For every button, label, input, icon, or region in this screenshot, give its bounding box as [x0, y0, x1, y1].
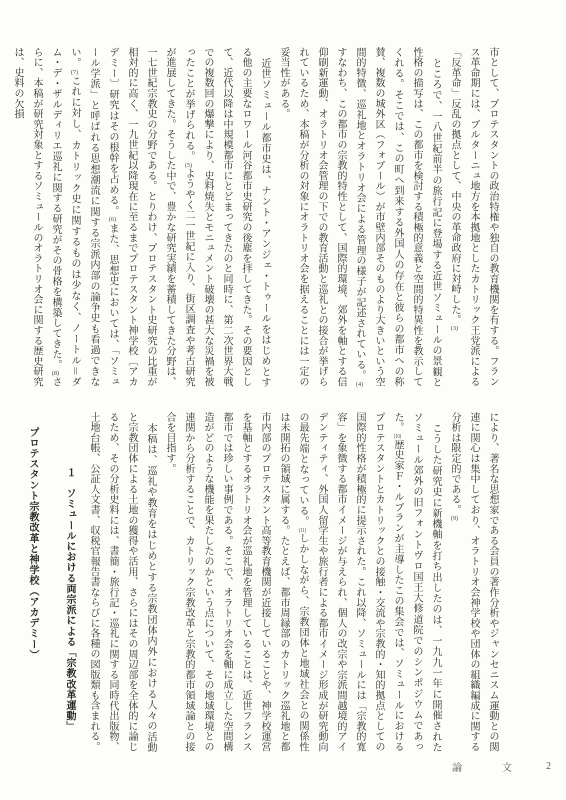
page-number: 2 [546, 761, 551, 772]
section-heading: １ ソミュールにおける両宗派による「宗教改革運動」 [60, 412, 79, 752]
document-page: 市として、プロテスタントの政治特権や独自の教育機関を有する。フランス革命期には、… [0, 0, 566, 800]
paragraph: 市として、プロテスタントの政治特権や独自の教育機関を有する。フランス革命期には、… [445, 47, 502, 387]
footnote-marker: (9) [451, 515, 458, 522]
footnote-marker: (3) [451, 325, 458, 332]
top-text-block: 市として、プロテスタントの政治特権や独自の教育機関を有する。フランス革命期には、… [24, 47, 502, 387]
footnote-marker: (8) [52, 370, 59, 377]
running-head-label: 論文 [452, 759, 552, 774]
paragraph: 近世ソミュール都市史は、ナント・アンジェ・トゥールをはじめとする他の主要なロワー… [8, 47, 274, 387]
footnote-marker: (4) [356, 381, 363, 388]
footnote-marker: (5) [185, 162, 192, 169]
paragraph: ところで、一八世紀前半の旅行記に登場する近世ソミュールの景観と性格の描写は、この… [274, 47, 445, 387]
bottom-text-block: により、著名な思想家である会員の著作分析やジャンセニスム運動との関連に関心は集中… [24, 412, 502, 752]
paragraph: こうした研究史に新機軸を打ち出したのは、一九九一年に開催されたソミュール郊外の旧… [160, 412, 445, 752]
page-footer: 論文 2 [452, 759, 551, 774]
footnote-marker: (11) [299, 527, 306, 534]
subsection-heading: プロテスタント宗教改革と神学校（アカデミー） [23, 412, 42, 752]
footnote-marker: (10) [394, 433, 401, 440]
paragraph: 本稿は、巡礼や教育をはじめとする宗教団体内外における人々の活動と宗教団体による土… [84, 412, 160, 752]
footnote-marker: (7) [71, 69, 78, 76]
paragraph: により、著名な思想家である会員の著作分析やジャンセニスム運動との関連に関心は集中… [445, 412, 502, 752]
footnote-marker: (6) [109, 216, 116, 223]
